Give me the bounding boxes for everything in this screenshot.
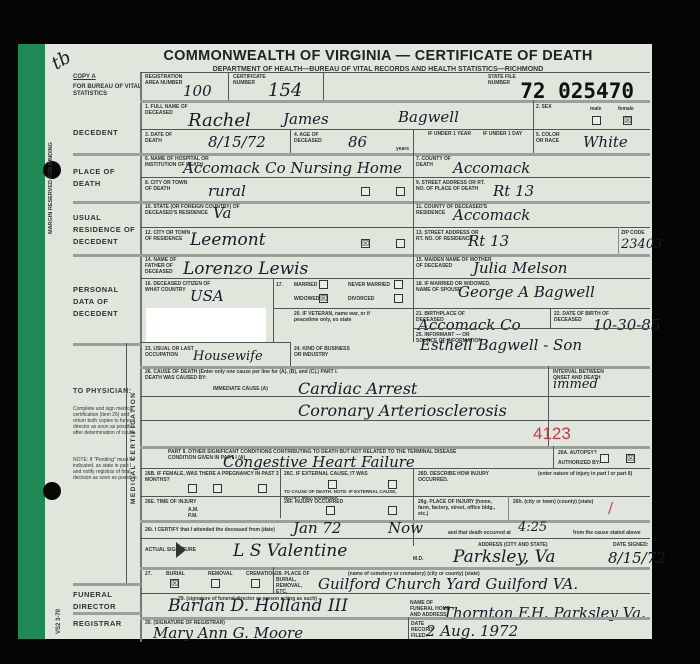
death-certificate: COMMONWEALTH OF VIRGINIA — CERTIFICATE O… xyxy=(18,44,652,639)
redacted-field xyxy=(146,308,266,343)
pregnancy-no[interactable] xyxy=(213,484,222,493)
residence-inside-city-yes[interactable]: ☒ xyxy=(361,239,370,248)
marital-divorced-checkbox[interactable] xyxy=(394,294,403,303)
place-of-burial: Guilford Church Yard Guilford VA. xyxy=(318,575,578,593)
cause-due-to-b: Coronary Arteriosclerosis xyxy=(298,401,507,420)
middle-name: James xyxy=(283,110,329,128)
city-of-residence: Leemont xyxy=(190,230,266,250)
copy-for: FOR BUREAU OF VITAL STATISTICS xyxy=(73,84,163,98)
date-filed: 2 Aug. 1972 xyxy=(426,622,518,640)
section-registrar: REGISTRAR xyxy=(73,618,122,630)
informant: Esthell Bagwell - Son xyxy=(420,336,582,354)
certificate-number: 154 xyxy=(268,80,302,101)
burial-checkbox[interactable]: ☒ xyxy=(170,579,179,588)
signature-arrow-icon xyxy=(176,542,186,558)
street-of-death: Rt 13 xyxy=(493,182,534,200)
certificate-number-label: CERTIFICATE NUMBER xyxy=(233,74,273,86)
red-mark: / xyxy=(608,499,613,517)
county-of-death: Accomack xyxy=(453,159,530,177)
removal-checkbox[interactable] xyxy=(211,579,220,588)
registrar-signature[interactable]: Mary Ann G. Moore xyxy=(153,624,303,642)
section-usual-residence: USUAL RESIDENCE OF DECEDENT xyxy=(73,212,138,248)
occupation: Housewife xyxy=(193,349,263,364)
binding-margin-stripe xyxy=(18,44,45,639)
autopsy-yes-checkbox[interactable] xyxy=(600,454,609,463)
to-physician: TO PHYSICIAN: xyxy=(73,386,133,398)
marital-never-married-checkbox[interactable] xyxy=(394,280,403,289)
margin-binding-note: MARGIN RESERVED FOR BINDING xyxy=(48,142,54,234)
color-race: White xyxy=(583,133,628,151)
funeral-director-signature[interactable]: Barlan D. Holland III xyxy=(168,596,348,616)
pregnancy-unknown[interactable] xyxy=(258,484,267,493)
pregnancy-yes[interactable] xyxy=(188,484,197,493)
initials: tb xyxy=(48,47,75,75)
external-primary-checkbox[interactable] xyxy=(328,480,337,489)
certificate-title: COMMONWEALTH OF VIRGINIA — CERTIFICATE O… xyxy=(128,48,628,64)
medical-certification-label: MEDICAL CERTIFICATION xyxy=(130,391,137,504)
date-of-death: 8/15/72 xyxy=(208,133,266,151)
marital-married-checkbox[interactable] xyxy=(319,280,328,289)
registration-area-number: 100 xyxy=(183,82,212,100)
physician-address: Parksley, Va xyxy=(453,547,555,567)
father-name: Lorenzo Lewis xyxy=(183,259,308,279)
marital-widowed-checkbox[interactable]: ☒ xyxy=(319,294,328,303)
form-number: VS2 3-70 xyxy=(56,609,62,634)
autopsy-no-checkbox[interactable]: ☒ xyxy=(626,454,635,463)
citizenship: USA xyxy=(190,287,224,305)
punch-hole xyxy=(43,482,61,500)
state-of-residence: Va xyxy=(213,204,231,222)
injury-while-at-work[interactable] xyxy=(326,506,335,515)
section-personal-data: PERSONAL DATA OF DECEDENT xyxy=(73,284,133,320)
street-of-residence: Rt 13 xyxy=(468,232,509,250)
interval-onset-death: immed xyxy=(553,377,598,392)
section-funeral-director: FUNERAL DIRECTOR xyxy=(73,589,133,613)
sex-female-checkbox[interactable]: ☒ xyxy=(623,116,632,125)
date-signed: 8/15/72 xyxy=(608,549,666,567)
section-decedent: DECEDENT xyxy=(73,127,118,139)
county-of-residence: Accomack xyxy=(453,206,530,224)
date-of-birth: 10-30-85 xyxy=(593,316,660,334)
section-place-of-death: PLACE OF DEATH xyxy=(73,166,133,190)
first-name: Rachel xyxy=(188,110,251,131)
residence-inside-city-no[interactable] xyxy=(396,239,405,248)
attended-to: Now xyxy=(388,519,423,537)
mother-maiden-name: Julia Melson xyxy=(473,259,567,277)
age: 86 xyxy=(348,133,367,151)
death-inside-city-no[interactable] xyxy=(396,187,405,196)
spouse-name: George A Bagwell xyxy=(458,283,595,301)
time-of-death: 4:25 xyxy=(518,520,547,535)
last-name: Bagwell xyxy=(398,108,459,126)
hospital-name: Accomack Co Nursing Home xyxy=(183,159,402,177)
injury-not-at-work[interactable] xyxy=(388,506,397,515)
physician-signature[interactable]: L S Valentine xyxy=(233,541,347,561)
external-contributing-checkbox[interactable] xyxy=(388,480,397,489)
cause-code: 4123 xyxy=(533,424,571,444)
zip-code: 23403 xyxy=(621,237,662,252)
death-inside-city-yes[interactable] xyxy=(361,187,370,196)
attended-from: Jan 72 xyxy=(293,519,341,537)
city-of-death: rural xyxy=(208,182,246,200)
copy-label: COPY A xyxy=(73,74,96,80)
sex-male-checkbox[interactable] xyxy=(592,116,601,125)
cremation-checkbox[interactable] xyxy=(251,579,260,588)
